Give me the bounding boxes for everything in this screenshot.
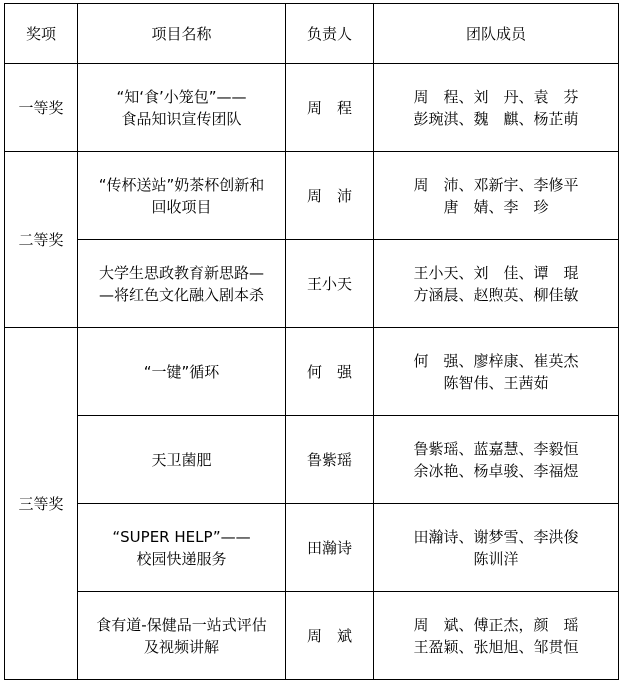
header-row: 奖项 项目名称 负责人 团队成员 [5,4,619,64]
project-name-cell: “SUPER HELP”—— 校园快递服务 [78,504,286,592]
header-members: 团队成员 [374,4,619,64]
project-name-cell: 食有道-保健品一站式评估 及视频讲解 [78,592,286,680]
table-row: 食有道-保健品一站式评估 及视频讲解 周 斌 周 斌、傅正杰，颜 瑶 王盈颖、张… [5,592,619,680]
leader-cell: 鲁紫瑶 [286,416,374,504]
members-cell: 田瀚诗、谢梦雪、李洪俊 陈训洋 [374,504,619,592]
leader-cell: 周 程 [286,64,374,152]
members-cell: 周 程、刘 丹、袁 芬 彭琬淇、魏 麒、杨芷萌 [374,64,619,152]
header-award: 奖项 [5,4,78,64]
members-cell: 鲁紫瑶、蓝嘉慧、李毅恒 余冰艳、杨卓骏、李福煜 [374,416,619,504]
members-cell: 何 强、廖梓康、崔英杰 陈智伟、王茜茹 [374,328,619,416]
award-cell-second: 二等奖 [5,152,78,328]
award-cell-third: 三等奖 [5,328,78,680]
table-row: 三等奖 “一键”循环 何 强 何 强、廖梓康、崔英杰 陈智伟、王茜茹 [5,328,619,416]
members-cell: 周 沛、邓新宇、李修平 唐 婧、李 珍 [374,152,619,240]
header-project-name: 项目名称 [78,4,286,64]
project-name-cell: “传杯送站”奶茶杯创新和 回收项目 [78,152,286,240]
award-cell-first: 一等奖 [5,64,78,152]
table-row: 二等奖 “传杯送站”奶茶杯创新和 回收项目 周 沛 周 沛、邓新宇、李修平 唐 … [5,152,619,240]
members-cell: 王小天、刘 佳、谭 琨 方涵晨、赵煦英、柳佳敏 [374,240,619,328]
project-name-cell: 大学生思政教育新思路— —将红色文化融入剧本杀 [78,240,286,328]
leader-cell: 何 强 [286,328,374,416]
awards-table: 奖项 项目名称 负责人 团队成员 一等奖 “知‘食’小笼包”—— 食品知识宣传团… [4,3,619,680]
leader-cell: 周 斌 [286,592,374,680]
table-row: 大学生思政教育新思路— —将红色文化融入剧本杀 王小天 王小天、刘 佳、谭 琨 … [5,240,619,328]
leader-cell: 周 沛 [286,152,374,240]
project-name-cell: 天卫菌肥 [78,416,286,504]
table-row: “SUPER HELP”—— 校园快递服务 田瀚诗 田瀚诗、谢梦雪、李洪俊 陈训… [5,504,619,592]
leader-cell: 田瀚诗 [286,504,374,592]
leader-cell: 王小天 [286,240,374,328]
project-name-cell: “知‘食’小笼包”—— 食品知识宣传团队 [78,64,286,152]
header-leader: 负责人 [286,4,374,64]
members-cell: 周 斌、傅正杰，颜 瑶 王盈颖、张旭旭、邹贯恒 [374,592,619,680]
table-row: 一等奖 “知‘食’小笼包”—— 食品知识宣传团队 周 程 周 程、刘 丹、袁 芬… [5,64,619,152]
table-row: 天卫菌肥 鲁紫瑶 鲁紫瑶、蓝嘉慧、李毅恒 余冰艳、杨卓骏、李福煜 [5,416,619,504]
project-name-cell: “一键”循环 [78,328,286,416]
